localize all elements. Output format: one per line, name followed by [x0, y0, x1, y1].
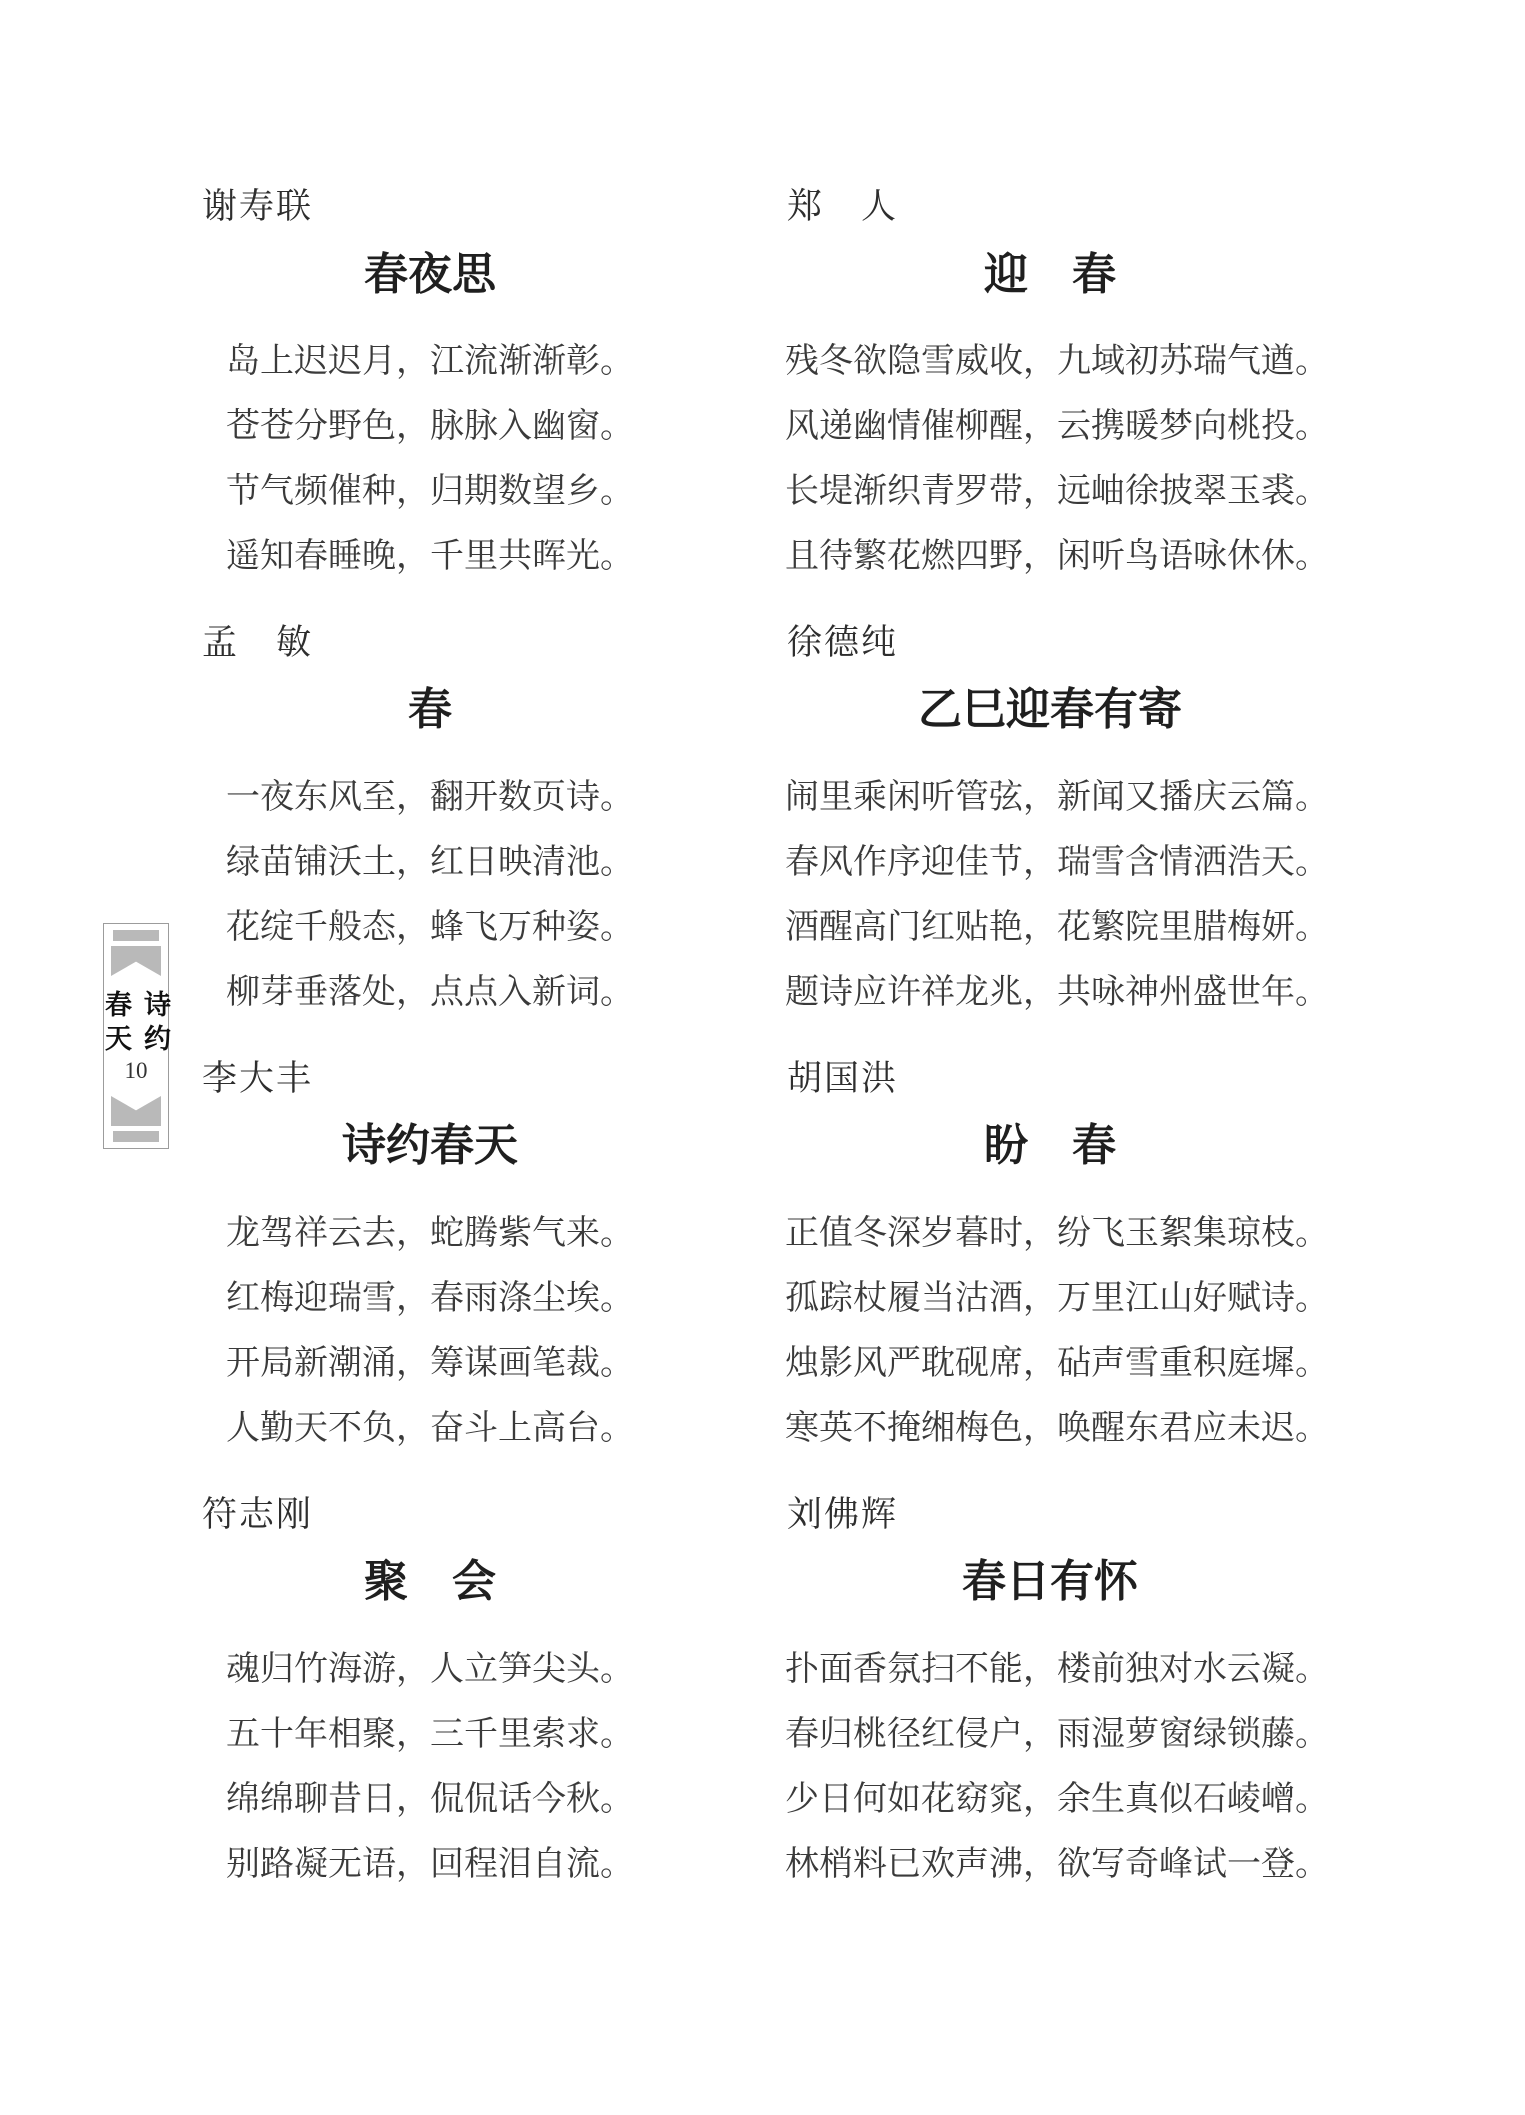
tab-bottom-bar	[113, 1131, 159, 1142]
side-bookmark-tab: 诗约春天 10	[103, 923, 169, 1149]
poem-line: 花绽千般态，蜂飞万种姿。	[200, 895, 660, 960]
poem-line: 正值冬深岁暮时，纷飞玉絮集琼枝。	[785, 1201, 1315, 1266]
poem-author: 胡国洪	[787, 1060, 1315, 1099]
poem-line: 少日何如花窈窕，余生真似石崚嶒。	[785, 1767, 1315, 1832]
poem-line: 人勤天不负，奋斗上高台。	[200, 1396, 660, 1461]
poem-line: 扑面香氛扫不能，楼前独对水云凝。	[785, 1637, 1315, 1702]
poem-title: 乙巳迎春有寄	[785, 686, 1315, 734]
poem-line: 风递幽情催柳醒，云携暖梦向桃投。	[785, 394, 1315, 459]
poem-line: 魂归竹海游，人立笋尖头。	[200, 1637, 660, 1702]
poem-lines: 正值冬深岁暮时，纷飞玉絮集琼枝。 孤踪杖履当沽酒，万里江山好赋诗。 烛影风严耽砚…	[785, 1201, 1315, 1461]
poem-line: 绿苗铺沃土，红日映清池。	[200, 830, 660, 895]
poem-line: 且待繁花燃四野，闲听鸟语咏休休。	[785, 524, 1315, 589]
page-number: 10	[125, 1058, 148, 1084]
poem-author: 郑 人	[787, 188, 1315, 227]
right-column: 郑 人 迎 春 残冬欲隐雪威收，九域初苏瑞气遒。 风递幽情催柳醒，云携暖梦向桃投…	[785, 188, 1315, 1932]
poem-line: 柳芽垂落处，点点入新词。	[200, 960, 660, 1025]
poem: 郑 人 迎 春 残冬欲隐雪威收，九域初苏瑞气遒。 风递幽情催柳醒，云携暖梦向桃投…	[785, 188, 1315, 589]
poem-line: 开局新潮涌，筹谋画笔裁。	[200, 1331, 660, 1396]
poem-line: 春风作序迎佳节，瑞雪含情洒浩天。	[785, 830, 1315, 895]
poem-line: 绵绵聊昔日，侃侃话今秋。	[200, 1767, 660, 1832]
poem-lines: 龙驾祥云去，蛇腾紫气来。 红梅迎瑞雪，春雨涤尘埃。 开局新潮涌，筹谋画笔裁。 人…	[200, 1201, 660, 1461]
poem-lines: 魂归竹海游，人立笋尖头。 五十年相聚，三千里索求。 绵绵聊昔日，侃侃话今秋。 别…	[200, 1637, 660, 1897]
poem-columns: 谢寿联 春夜思 岛上迟迟月，江流渐渐彰。 苍苍分野色，脉脉入幽窗。 节气频催种，…	[200, 188, 1315, 1932]
poem-line: 烛影风严耽砚席，砧声雪重积庭墀。	[785, 1331, 1315, 1396]
poem: 徐德纯 乙巳迎春有寄 闹里乘闲听管弦，新闻又播庆云篇。 春风作序迎佳节，瑞雪含情…	[785, 624, 1315, 1025]
poem: 胡国洪 盼 春 正值冬深岁暮时，纷飞玉絮集琼枝。 孤踪杖履当沽酒，万里江山好赋诗…	[785, 1060, 1315, 1461]
poem-author: 孟 敏	[202, 624, 660, 663]
poem-line: 孤踪杖履当沽酒，万里江山好赋诗。	[785, 1266, 1315, 1331]
poem: 符志刚 聚 会 魂归竹海游，人立笋尖头。 五十年相聚，三千里索求。 绵绵聊昔日，…	[200, 1496, 660, 1897]
poem: 孟 敏 春 一夜东风至，翻开数页诗。 绿苗铺沃土，红日映清池。 花绽千般态，蜂飞…	[200, 624, 660, 1025]
poem-author: 刘佛辉	[787, 1496, 1315, 1535]
poem-author: 谢寿联	[202, 188, 660, 227]
poem-line: 节气频催种，归期数望乡。	[200, 459, 660, 524]
poem-line: 岛上迟迟月，江流渐渐彰。	[200, 329, 660, 394]
poem-line: 春归桃径红侵户，雨湿萝窗绿锁藤。	[785, 1702, 1315, 1767]
poem-author: 李大丰	[202, 1060, 660, 1099]
poem-line: 长堤渐织青罗带，远岫徐披翠玉裘。	[785, 459, 1315, 524]
poem: 谢寿联 春夜思 岛上迟迟月，江流渐渐彰。 苍苍分野色，脉脉入幽窗。 节气频催种，…	[200, 188, 660, 589]
poem-line: 一夜东风至，翻开数页诗。	[200, 765, 660, 830]
poem-title: 盼 春	[785, 1122, 1315, 1170]
poem-lines: 残冬欲隐雪威收，九域初苏瑞气遒。 风递幽情催柳醒，云携暖梦向桃投。 长堤渐织青罗…	[785, 329, 1315, 589]
left-column: 谢寿联 春夜思 岛上迟迟月，江流渐渐彰。 苍苍分野色，脉脉入幽窗。 节气频催种，…	[200, 188, 660, 1932]
book-page: 诗约春天 10 谢寿联 春夜思 岛上迟迟月，江流渐渐彰。 苍苍分野色，脉脉入幽窗…	[0, 0, 1525, 2115]
poem-lines: 一夜东风至，翻开数页诗。 绿苗铺沃土，红日映清池。 花绽千般态，蜂飞万种姿。 柳…	[200, 765, 660, 1025]
poem-title: 诗约春天	[200, 1122, 660, 1170]
poem-line: 残冬欲隐雪威收，九域初苏瑞气遒。	[785, 329, 1315, 394]
poem-line: 闹里乘闲听管弦，新闻又播庆云篇。	[785, 765, 1315, 830]
poem-line: 龙驾祥云去，蛇腾紫气来。	[200, 1201, 660, 1266]
poem-line: 红梅迎瑞雪，春雨涤尘埃。	[200, 1266, 660, 1331]
poem-title: 春日有怀	[785, 1558, 1315, 1606]
poem-title: 春夜思	[200, 251, 660, 299]
poem-title: 迎 春	[785, 251, 1315, 299]
poem-line: 遥知春睡晚，千里共晖光。	[200, 524, 660, 589]
book-series-vertical-title: 诗约春天	[97, 976, 175, 1058]
poem-line: 寒英不掩缃梅色，唤醒东君应未迟。	[785, 1396, 1315, 1461]
poem-lines: 岛上迟迟月，江流渐渐彰。 苍苍分野色，脉脉入幽窗。 节气频催种，归期数望乡。 遥…	[200, 329, 660, 589]
poem-author: 徐德纯	[787, 624, 1315, 663]
poem: 李大丰 诗约春天 龙驾祥云去，蛇腾紫气来。 红梅迎瑞雪，春雨涤尘埃。 开局新潮涌…	[200, 1060, 660, 1461]
poem-line: 苍苍分野色，脉脉入幽窗。	[200, 394, 660, 459]
poem-title: 聚 会	[200, 1558, 660, 1606]
poem-title: 春	[200, 686, 660, 734]
tab-bottom-ribbon-icon	[111, 1096, 161, 1126]
poem-line: 五十年相聚，三千里索求。	[200, 1702, 660, 1767]
poem-line: 酒醒高门红贴艳，花繁院里腊梅妍。	[785, 895, 1315, 960]
poem-line: 题诗应许祥龙兆，共咏神州盛世年。	[785, 960, 1315, 1025]
poem-line: 别路凝无语，回程泪自流。	[200, 1832, 660, 1897]
tab-top-bar	[113, 930, 159, 941]
tab-top-ribbon-icon	[111, 946, 161, 976]
poem-author: 符志刚	[202, 1496, 660, 1535]
poem: 刘佛辉 春日有怀 扑面香氛扫不能，楼前独对水云凝。 春归桃径红侵户，雨湿萝窗绿锁…	[785, 1496, 1315, 1897]
poem-lines: 扑面香氛扫不能，楼前独对水云凝。 春归桃径红侵户，雨湿萝窗绿锁藤。 少日何如花窈…	[785, 1637, 1315, 1897]
poem-lines: 闹里乘闲听管弦，新闻又播庆云篇。 春风作序迎佳节，瑞雪含情洒浩天。 酒醒高门红贴…	[785, 765, 1315, 1025]
poem-line: 林梢料已欢声沸，欲写奇峰试一登。	[785, 1832, 1315, 1897]
